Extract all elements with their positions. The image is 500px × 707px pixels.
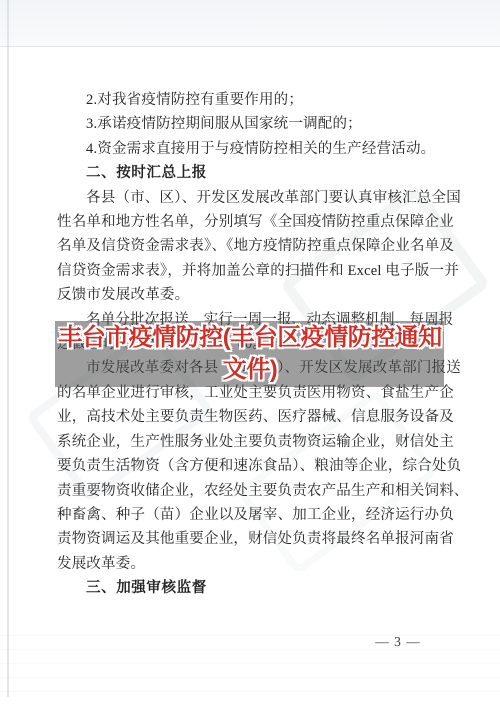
text-line: 种畜禽、种子（苗）企业以及屠宰、加工企业，经济运行办负 [57, 503, 447, 527]
text-line: 责重要物资收储企业，农经处主要负责农产品生产和相关饲料、 [57, 479, 447, 503]
text-line: 信贷资金需求表》，并将加盖公章的扫描件和 Excel 电子版一并 [57, 259, 447, 283]
text-line: 4.资金需求直接用于与疫情防控相关的生产经营活动。 [57, 137, 447, 161]
text-line: 性名单和地方性名单，分别填写《全国疫情防控重点保障企业 [57, 210, 447, 234]
text-line: 3.承诺疫情防控期间服从国家统一调配的； [57, 112, 447, 136]
text-line: 名单及信贷资金需求表》、《地方疫情防控重点保障企业名单及 [57, 234, 447, 258]
text-line: 发展改革委。 [57, 552, 447, 576]
text-line: 责物资调运及其他重要企业，财信处负责将最终名单报河南省 [57, 527, 447, 551]
text-line: 业，高技术处主要负责生物医药、医疗器械、信息服务设备及 [57, 405, 447, 429]
text-line: 各县（市、区）、开发区发展改革部门要认真审核汇总全国 [57, 186, 447, 210]
overlay-title: 丰台市疫情防控(丰台区疫情防控通知 文件) [0, 322, 500, 386]
section-heading: 三、加强审核监督 [57, 576, 447, 600]
text-line: 反馈市发展改革委。 [57, 283, 447, 307]
overlay-title-line2: 文件) [0, 354, 500, 386]
text-line: 要负责生活物资（含方便和速冻食品）、粮油等企业，综合处负 [57, 454, 447, 478]
section-heading: 二、按时汇总上报 [57, 161, 447, 185]
page-number: — 3 — [358, 634, 438, 650]
text-line: 2.对我省疫情防控有重要作用的； [57, 88, 447, 112]
overlay-title-line1: 丰台市疫情防控(丰台区疫情防控通知 [0, 322, 500, 354]
scan-top-tint [0, 0, 500, 47]
text-line: 系统企业，生产性服务业处主要负责物资运输企业，财信处主 [57, 430, 447, 454]
